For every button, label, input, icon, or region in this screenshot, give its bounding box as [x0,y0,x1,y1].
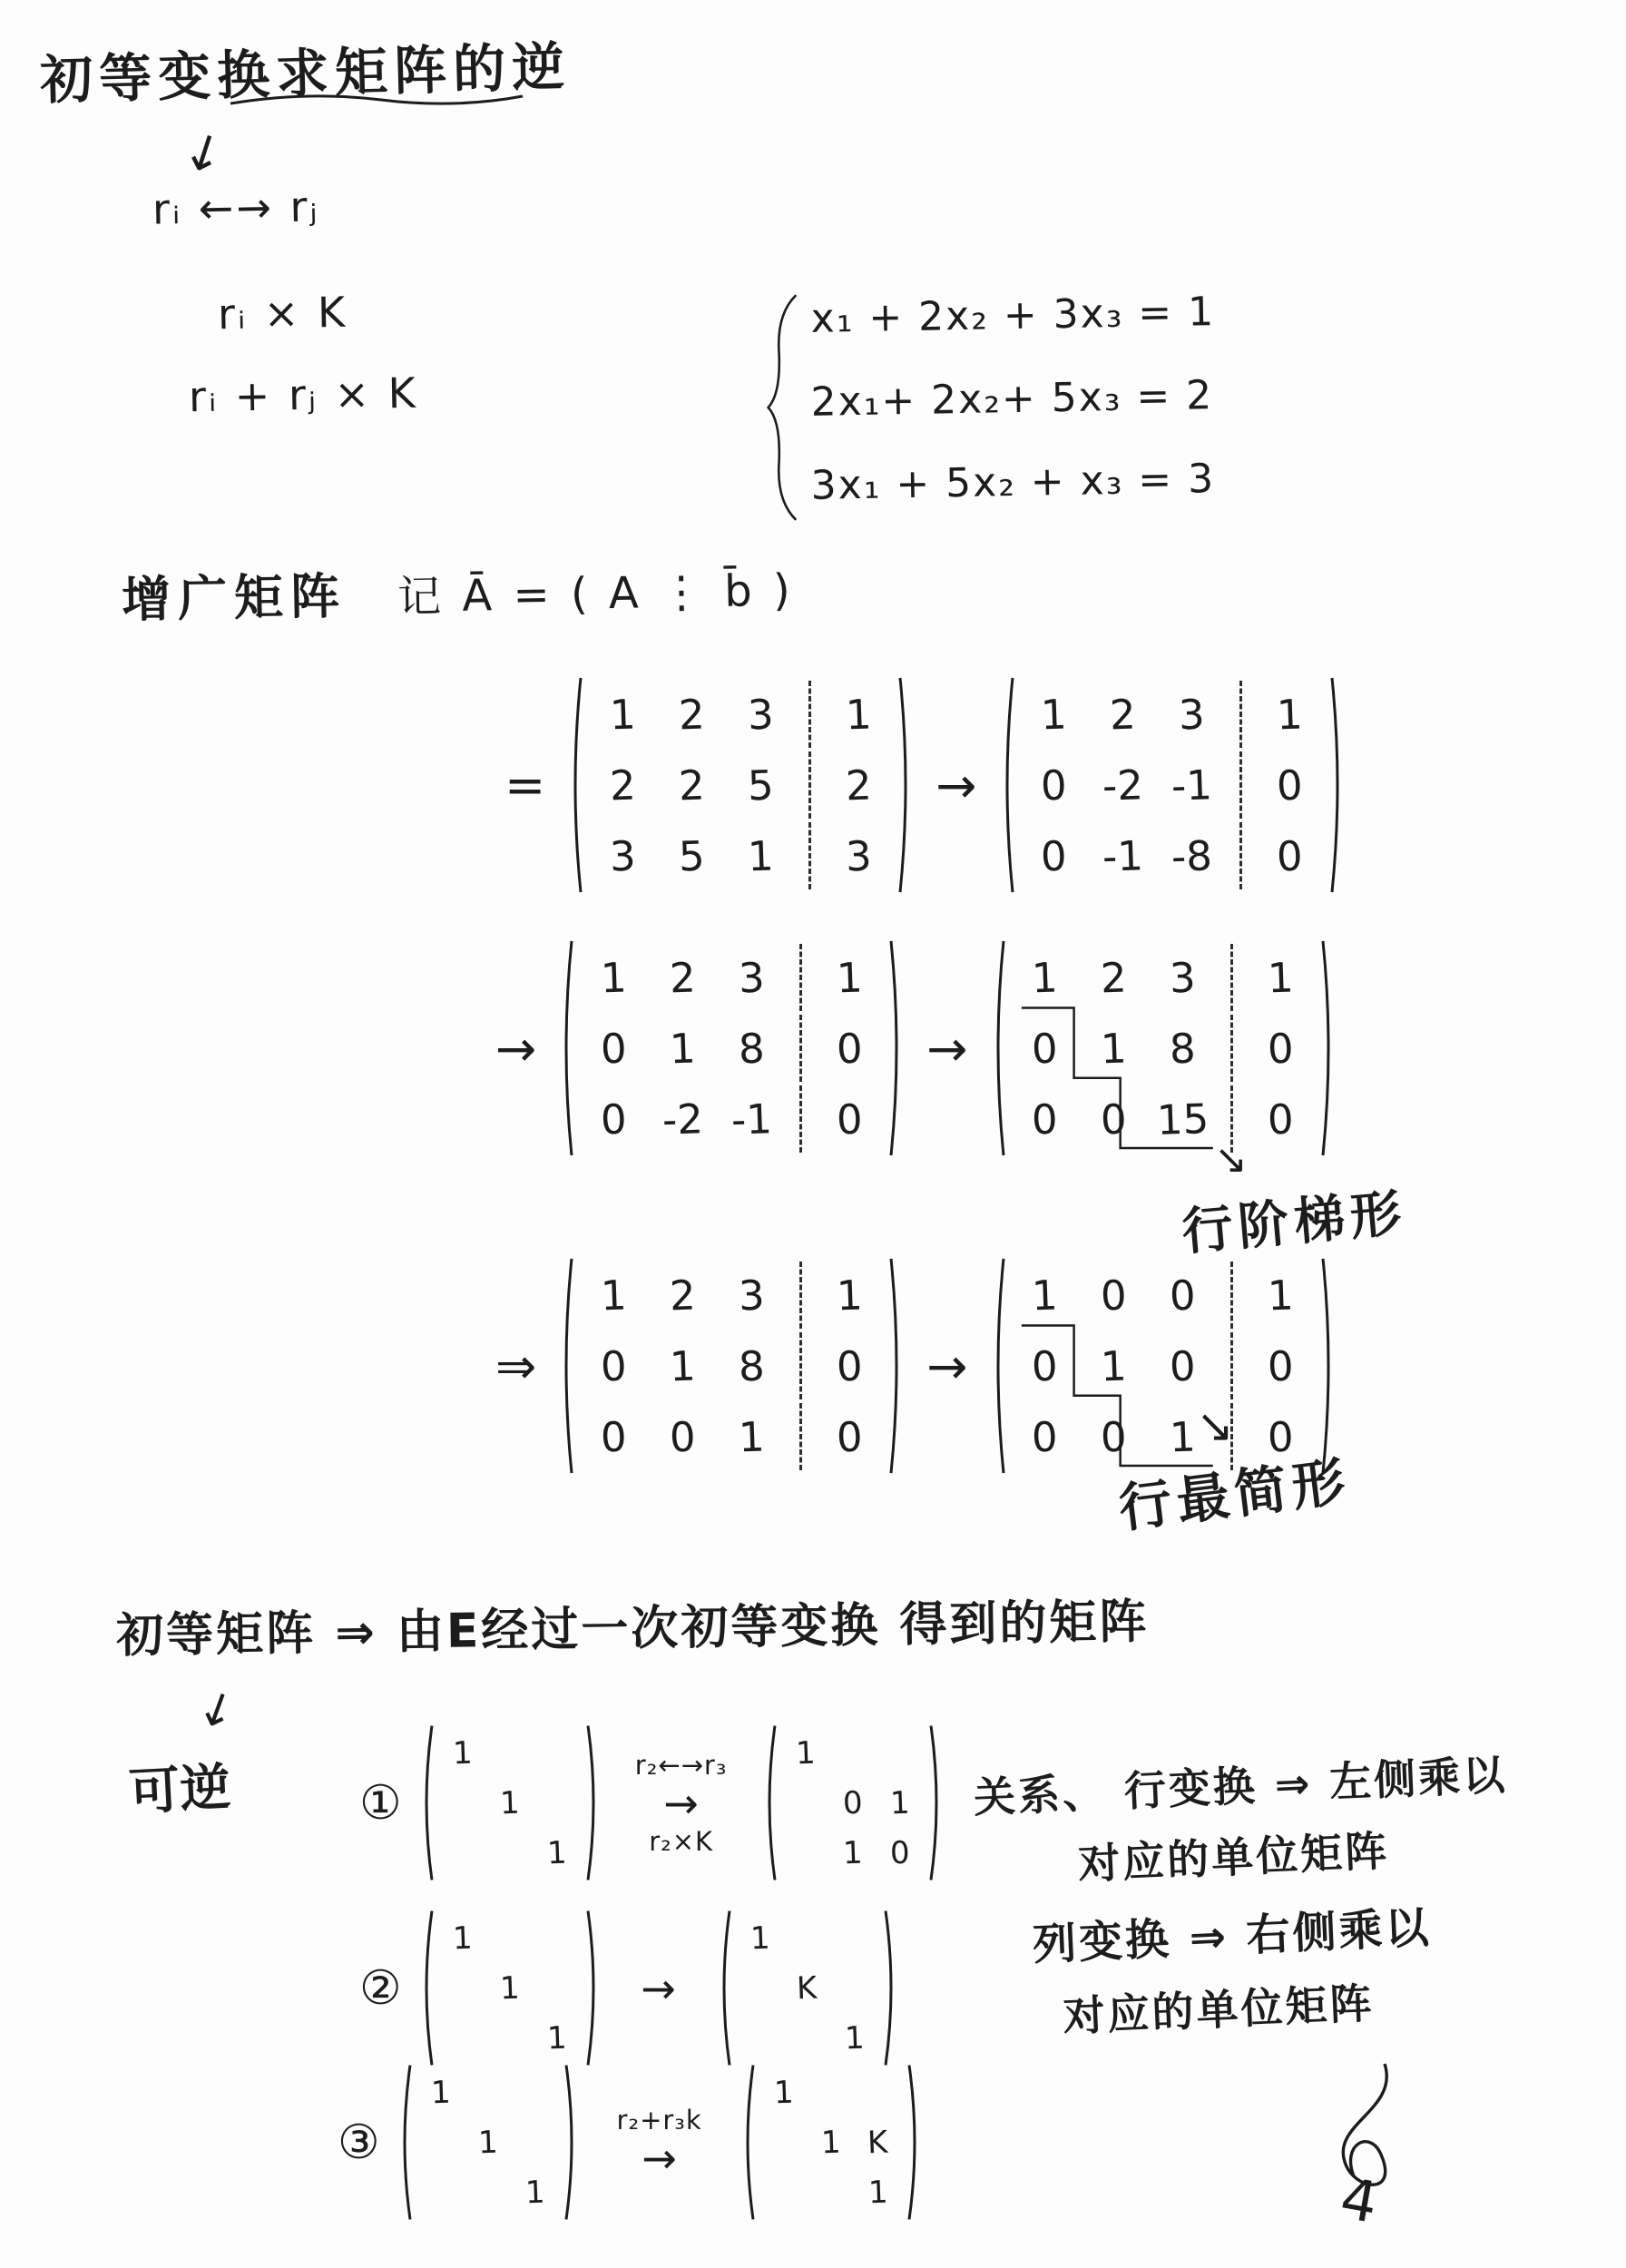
augment-divider [799,1085,802,1154]
matrix-cell: 0 [889,1837,910,1869]
matrix-cell: 0 [600,1345,627,1387]
augment-divider [799,944,802,1012]
matrix-cell: 1 [546,1837,567,1869]
augmented-matrix-notation: 记 Ā = ( A ⋮ b̄ ) [397,555,794,625]
augment-divider [1230,944,1233,1012]
circled-2: ② [359,1961,402,2016]
example-1-identity-matrix: 111 [418,1723,602,1883]
matrix-cell: 1 [669,1345,696,1387]
matrix-cell: 1 [452,1922,473,1954]
circled-3: ③ [338,2116,380,2170]
equals-sign: = [504,757,545,814]
matrix-cell: 1 [430,2077,451,2108]
matrix-cell: 2 [845,764,872,806]
example-2-result-matrix: 1K1 [716,1908,899,2068]
left-paren [716,1908,734,2068]
matrix-cell: 1 [524,2176,545,2208]
matrix-cell: 1 [820,2126,841,2158]
right-paren [1318,937,1337,1160]
matrix-cell: 1 [1276,693,1303,735]
example-3-identity-matrix: 111 [397,2062,580,2223]
matrix-cell: 1 [1267,1274,1294,1316]
double-arrow-icon: ⇒ [495,1338,536,1395]
matrix-cell: 1 [1267,957,1294,998]
matrix-cell: 1 [1031,1274,1058,1316]
matrix-cell: 2 [678,764,705,806]
matrix-cell: -1 [1102,835,1143,878]
augment-divider [799,1403,802,1471]
augmented-matrix-label: 增广矩阵 [121,557,347,631]
right-paren [886,937,905,1160]
handwritten-notes-page: 初等变换求矩阵的逆 ↓ rᵢ ←→ rⱼ rᵢ × K rᵢ + rⱼ × K … [0,0,1626,2268]
right-paren [926,1723,945,1883]
matrix-cell: K [867,2126,888,2158]
matrix-cell: 1 [844,2022,865,2054]
matrix-cell: 0 [1276,764,1303,806]
left-paren [558,937,576,1160]
left-paren [397,2062,415,2223]
matrix-cell: 1 [795,1737,816,1769]
right-arrow-icon: → [663,1782,699,1824]
augment-divider [1239,822,1242,890]
matrix-cell: 2 [609,764,636,806]
augment-divider [808,822,811,890]
matrix-cell: 2 [1109,693,1136,735]
equation-system: x₁ + 2x₂ + 3x₃ = 1 2x₁+ 2x₂+ 5x₃ = 2 3x₁… [811,292,1216,543]
right-paren [583,1908,602,2068]
left-paren [740,2062,758,2223]
matrix-cell: 2 [669,957,696,998]
matrix-cell: 1 [452,1737,473,1769]
matrix-cell: 1 [609,693,636,735]
matrix-cell: 0 [1031,1098,1058,1140]
matrix-cell: 3 [738,1274,765,1316]
matrix-cell: 0 [1276,835,1303,877]
matrix-cell: 0 [600,1416,627,1458]
title-underline [227,87,526,114]
matrix-cell: 1 [1100,1027,1127,1069]
row-op-annotation: r₂×K [649,1826,713,1857]
left-paren [761,1723,779,1883]
augment-divider [1230,1332,1233,1400]
matrix-cell: 0 [842,1787,863,1819]
note-row-matrix: 对应的单位矩阵 [1077,1812,1512,1891]
matrix-cell: 1 [836,1274,863,1316]
matrix-cell: 3 [1178,693,1205,735]
matrix-cell: 3 [1169,957,1196,998]
right-paren [562,2062,580,2223]
elementary-example-1: ① 111 r₂←→r₃ → r₂×K 10110 [359,1723,945,1883]
row-op-annotation: r₂←→r₃ [635,1750,728,1781]
row-op-swap: rᵢ ←→ rⱼ [152,182,320,233]
matrix-cell: 0 [836,1027,863,1069]
equation-3: 3x₁ + 5x₂ + x₃ = 3 [810,456,1216,546]
matrix-cell: 1 [747,835,774,877]
augment-divider [1239,751,1242,820]
elementary-example-3: ③ 111 r₂+r₃k → 11K1 [338,2062,923,2223]
matrix-cell: 0 [836,1416,863,1458]
left-paren [990,1254,1008,1478]
matrix-cell: 1 [867,2176,888,2208]
right-arrow-icon: → [926,1020,967,1077]
matrix-cell: 1 [499,1787,520,1819]
matrix-cell: 1 [1040,693,1067,735]
matrix-cell: 0 [1169,1345,1196,1387]
matrix-cell: -1 [730,1098,772,1141]
augment-divider [799,1262,802,1330]
matrix-cell: 0 [1031,1345,1058,1387]
matrix-cell: 0 [1031,1416,1058,1458]
matrix-step-3: 123101800-2-10 [558,937,905,1160]
down-arrow-icon: ↓ [190,1680,243,1743]
row-op-add: rᵢ + rⱼ × K [189,368,419,421]
left-paren [990,937,1008,1160]
matrix-cell: 0 [1040,764,1067,806]
right-paren [1327,673,1346,897]
matrix-cell: 8 [1169,1027,1196,1069]
matrix-cell: 2 [669,1274,696,1316]
matrix-cell: K [797,1972,818,2004]
matrix-cell: 8 [738,1345,765,1387]
left-paren [418,1908,436,2068]
relation-notes: 关系、 行变换 ⇒ 左侧乘以 对应的单位矩阵 列变换 ⇒ 右侧乘以 对应的单位矩… [972,1742,1518,2047]
matrix-cell: 0 [669,1416,696,1458]
elementary-example-2: ② 111 → 1K1 [359,1908,899,2068]
right-paren [881,1908,899,2068]
matrix-cell: 0 [600,1098,627,1140]
matrix-cell: 5 [747,764,774,806]
system-brace [764,290,800,525]
right-paren [583,1723,602,1883]
left-paren [558,1254,576,1478]
matrix-cell: 1 [477,2126,498,2158]
matrix-step-5: 123101800010 [558,1254,905,1478]
augment-divider [799,1332,802,1400]
rref-label: 行最简形 [1114,1438,1354,1543]
matrix-cell: 1 [842,1837,863,1869]
augment-divider [1239,681,1242,749]
matrix-cell: 0 [1267,1027,1294,1069]
matrix-cell: 2 [678,693,705,735]
matrix-cell: -2 [661,1098,703,1141]
matrix-cell: 1 [749,1922,770,1954]
matrix-cell: 0 [1100,1098,1127,1140]
example-3-result-matrix: 11K1 [740,2062,923,2223]
augmented-matrix-line: 增广矩阵 记 Ā = ( A ⋮ b̄ ) [121,550,794,632]
example-2-identity-matrix: 111 [418,1908,602,2068]
equation-2: 2x₁+ 2x₂+ 5x₃ = 2 [810,372,1216,463]
matrix-cell: 0 [1267,1345,1294,1387]
matrix-cell: 0 [1040,835,1067,877]
rref-callout: ↘ 行最简形 [1118,1399,1350,1528]
equation-1: x₁ + 2x₂ + 3x₃ = 1 [810,289,1216,379]
matrix-cell: 8 [738,1027,765,1069]
matrix-chain-row-1: = 123122523513 → 12310-2-100-1-80 [504,673,1346,897]
row-op-annotation: r₂+r₃k [617,2105,702,2135]
left-paren [418,1723,436,1883]
note-col-transform: 列变换 ⇒ 右侧乘以 [1032,1889,1515,1972]
matrix-cell: 1 [546,2022,567,2054]
example-3-operations: r₂+r₃k → [596,2105,723,2181]
down-arrow-icon: ↓ [175,121,232,188]
right-arrow-icon: → [935,757,976,814]
right-arrow-icon: → [642,2137,677,2179]
matrix-cell: 1 [669,1027,696,1069]
matrix-cell: 3 [845,835,872,877]
elementary-matrix-heading: 初等矩阵 ⇒ 由E经过一次初等变换 得到的矩阵 [116,1583,1150,1665]
matrix-cell: 1 [889,1787,910,1819]
augment-divider [1230,1262,1233,1330]
matrix-cell: 1 [836,957,863,998]
augment-divider [808,751,811,820]
matrix-cell: -8 [1171,835,1212,878]
matrix-cell: 0 [1031,1027,1058,1069]
invertible-label: 可逆 [127,1747,232,1825]
matrix-cell: 3 [747,693,774,735]
matrix-cell: 0 [1100,1274,1127,1316]
matrix-step-4-echelon: 1231018000150 [990,937,1337,1160]
row-op-scale: rᵢ × K [218,288,348,339]
matrix-cell: 0 [600,1027,627,1069]
right-paren [905,2062,923,2223]
matrix-cell: 0 [1169,1274,1196,1316]
matrix-cell: 1 [600,1274,627,1316]
matrix-cell: 1 [1100,1345,1127,1387]
matrix-cell: 3 [738,957,765,998]
right-arrow-icon: → [926,1338,967,1395]
matrix-cell: 5 [678,835,705,877]
example-1-result-matrix: 10110 [761,1723,945,1883]
matrix-step-1: 123122523513 [567,673,914,897]
matrix-cell: 1 [499,1972,520,2004]
augment-divider [1230,1015,1233,1083]
matrix-cell: 0 [836,1098,863,1140]
matrix-cell: 0 [836,1345,863,1387]
right-paren [896,673,914,897]
matrix-cell: 0 [1267,1098,1294,1140]
matrix-cell: 3 [609,835,636,877]
matrix-cell: 1 [845,693,872,735]
matrix-cell: 1 [600,957,627,998]
right-paren [886,1254,905,1478]
note-row-transform: 关系、 行变换 ⇒ 左侧乘以 [972,1742,1508,1825]
example-2-operations: → [618,1966,700,2011]
left-paren [567,673,585,897]
matrix-cell: 1 [738,1416,765,1458]
right-arrow-icon: → [641,1968,676,2009]
matrix-cell: -2 [1102,764,1143,807]
matrix-cell: 15 [1156,1098,1210,1141]
matrix-cell: 1 [1031,957,1058,998]
circled-1: ① [359,1776,402,1831]
note-col-matrix: 对应的单位矩阵 [1062,1964,1518,2044]
matrix-cell: 2 [1100,957,1127,998]
augment-divider [808,681,811,749]
matrix-cell: 1 [773,2077,794,2108]
matrix-cell: -1 [1171,764,1212,807]
right-arrow-icon: → [495,1020,536,1077]
augment-divider [799,1015,802,1083]
row-echelon-label: 行阶梯形 [1179,1173,1409,1264]
matrix-chain-row-2: → 123101800-2-10 → 1231018000150 [495,937,1337,1160]
matrix-step-2: 12310-2-100-1-80 [999,673,1346,897]
row-echelon-callout: ↘ 行阶梯形 [1181,1136,1406,1255]
example-1-operations: r₂←→r₃ → r₂×K [618,1750,745,1857]
left-paren [999,673,1017,897]
